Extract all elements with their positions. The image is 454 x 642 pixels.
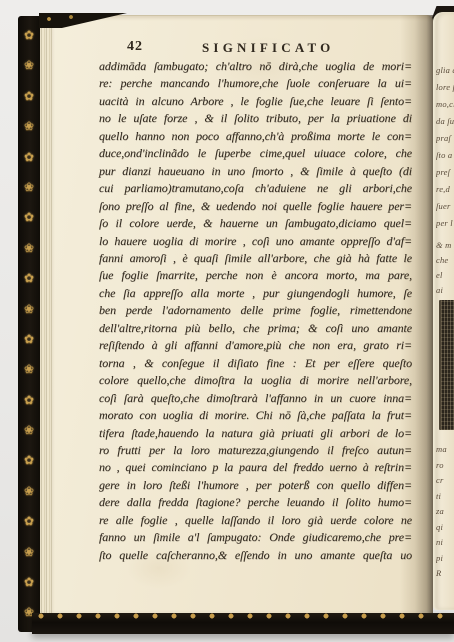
text-line: ſono preſſo al fine, & uedendo noi quell… <box>99 198 412 215</box>
text-line: ſo il colore uerde, & hauerne un ſambuga… <box>99 215 412 232</box>
text-line: duce,ond'inclinãdo le ſuperbe cime,quel … <box>99 145 412 162</box>
facing-text-fragment: ro <box>436 458 454 474</box>
gold-fleuron-icon: ✿ <box>24 324 34 354</box>
facing-text-fragment: ni <box>436 535 454 551</box>
text-line: che ſia appreſſo alla morte , pur giunge… <box>99 285 412 302</box>
book-photograph: ✿❀✿❀✿❀✿❀✿❀✿❀✿❀✿❀✿❀✿❀ 42 SIGNIFICATO addi… <box>0 0 454 642</box>
text-line: ro frutti per la loro maturezza,giungend… <box>99 442 412 459</box>
gold-fleuron-icon: ✿ <box>24 567 34 597</box>
text-line: no , quei cominciano p la paura del fred… <box>99 459 412 476</box>
text-line: torna , & conſegue il diſiato fine : Et … <box>99 355 412 372</box>
facing-text-fragment: preſ <box>436 164 454 181</box>
page-number: 42 <box>127 39 143 55</box>
text-line: ſue foglie ſmarrite, perche non è ancora… <box>99 267 412 284</box>
text-line: lo hauere uoglia di morire , coſì uno am… <box>99 233 412 250</box>
gold-fleuron-icon: ❀ <box>24 111 34 141</box>
text-line: ben perde l'adornamento delle prime fogl… <box>99 302 412 319</box>
gold-fleuron-icon: ✿ <box>24 81 34 111</box>
gold-fleuron-icon: ❀ <box>24 415 34 445</box>
facing-text-fragment: praſ <box>436 130 454 147</box>
gold-fleuron-icon: ✿ <box>24 506 34 536</box>
facing-text-fragment: ſto a <box>436 147 454 164</box>
book-cover-left-edge: ✿❀✿❀✿❀✿❀✿❀✿❀✿❀✿❀✿❀✿❀ <box>18 16 40 632</box>
facing-text-fragment: R <box>436 566 454 582</box>
facing-text-fragment: el <box>436 268 454 283</box>
facing-text-fragment: & m <box>436 238 454 253</box>
text-line: coſì ſarà queſto,che dimoſtrarà l'affann… <box>99 390 412 407</box>
body-text-block: addimāda ſambugato; ch'altro nō dirà,che… <box>99 58 412 564</box>
facing-text-fragment: re,d <box>436 181 454 198</box>
facing-text-fragments-top: glia dlore ſmo,clda ſupraſſto apreſre,dſ… <box>436 62 454 232</box>
text-line: quello hanno non poco affanno,ch'à proßi… <box>99 128 412 145</box>
gold-fleuron-icon: ❀ <box>24 294 34 324</box>
gold-fleuron-icon: ❀ <box>24 354 34 384</box>
facing-text-fragments-mid: & mcheelai <box>436 238 454 298</box>
text-line: dell'altre,ritorna più bello, che prima;… <box>99 320 412 337</box>
gold-fleuron-icon: ✿ <box>24 263 34 293</box>
facing-text-fragment: ſuer <box>436 198 454 215</box>
gold-fleuron-icon: ❀ <box>24 233 34 263</box>
facing-text-fragment: mo,cl <box>436 96 454 113</box>
text-line: uacità in alcuno Arbore , le foglie ſue,… <box>99 93 412 110</box>
facing-text-fragment: ti <box>436 489 454 505</box>
running-title: SIGNIFICATO <box>202 40 334 56</box>
facing-text-fragment: da ſu <box>436 113 454 130</box>
facing-text-fragment: lore ſ <box>436 79 454 96</box>
facing-text-fragment: ai <box>436 283 454 298</box>
text-line: fanni amoroſi , è quaſi ſimile all'arbor… <box>99 250 412 267</box>
facing-text-fragment: che <box>436 253 454 268</box>
gold-fleuron-icon: ❀ <box>24 50 34 80</box>
gold-fleuron-icon: ✿ <box>24 142 34 172</box>
woodcut-illustration-fragment <box>439 300 454 430</box>
gold-fleuron-icon: ❀ <box>24 476 34 506</box>
text-line: addimāda ſambugato; ch'altro nō dirà,che… <box>99 58 412 75</box>
text-line: tifera ſtade,hauendo la natura già priua… <box>99 425 412 442</box>
gold-fleuron-icon: ❀ <box>24 172 34 202</box>
text-line: re alle foglie , quelle laſſando il loro… <box>99 512 412 529</box>
text-line: reſiſtendo à gli affanni d'amore,più che… <box>99 337 412 354</box>
gold-fleuron-icon: ✿ <box>24 445 34 475</box>
gold-tooling-column: ✿❀✿❀✿❀✿❀✿❀✿❀✿❀✿❀✿❀✿❀ <box>18 20 40 632</box>
gold-fleuron-icon: ✿ <box>24 20 34 50</box>
facing-text-fragment: za <box>436 504 454 520</box>
facing-text-fragment: cr <box>436 473 454 489</box>
facing-page-edge: glia dlore ſmo,clda ſupraſſto apreſre,dſ… <box>433 12 454 610</box>
book-cover-bottom-edge <box>32 613 454 634</box>
text-line: morato con uoglia di morire. Chi nō ſà,c… <box>99 407 412 424</box>
gold-fleuron-icon: ❀ <box>24 537 34 567</box>
facing-text-fragment: pi <box>436 551 454 567</box>
facing-text-fragment: qi <box>436 520 454 536</box>
text-line: ſto quelle caſcheranno,& eſſendo in uno … <box>99 547 412 564</box>
text-line: gere in loro ſteßi l'humore , per poterß… <box>99 477 412 494</box>
book-page: 42 SIGNIFICATO addimāda ſambugato; ch'al… <box>52 15 433 616</box>
facing-text-fragment: ma <box>436 442 454 458</box>
text-line: no le uſate forze , & il ſolito tributo,… <box>99 110 412 127</box>
gold-fleuron-icon: ✿ <box>24 202 34 232</box>
text-line: re: perche mancando l'humore,che ſuole c… <box>99 75 412 92</box>
facing-text-fragment: per l <box>436 215 454 232</box>
text-line: pur dianzi haueuano in uno ſmorto , & ſi… <box>99 163 412 180</box>
text-line: dere dalla fredda ſtagione? perche leuan… <box>99 494 412 511</box>
text-line: colore quello,che dimoſtra la uoglia di … <box>99 372 412 389</box>
facing-text-fragment: glia d <box>436 62 454 79</box>
gold-fleuron-icon: ✿ <box>24 385 34 415</box>
facing-text-fragments-bottom: marocrtizaqinipiR <box>436 442 454 582</box>
text-line: fanno un ſimile a'l ſampugato: Onde giud… <box>99 529 412 546</box>
text-line: cui parliamo)tramutano,coſa ch'aduiene n… <box>99 180 412 197</box>
